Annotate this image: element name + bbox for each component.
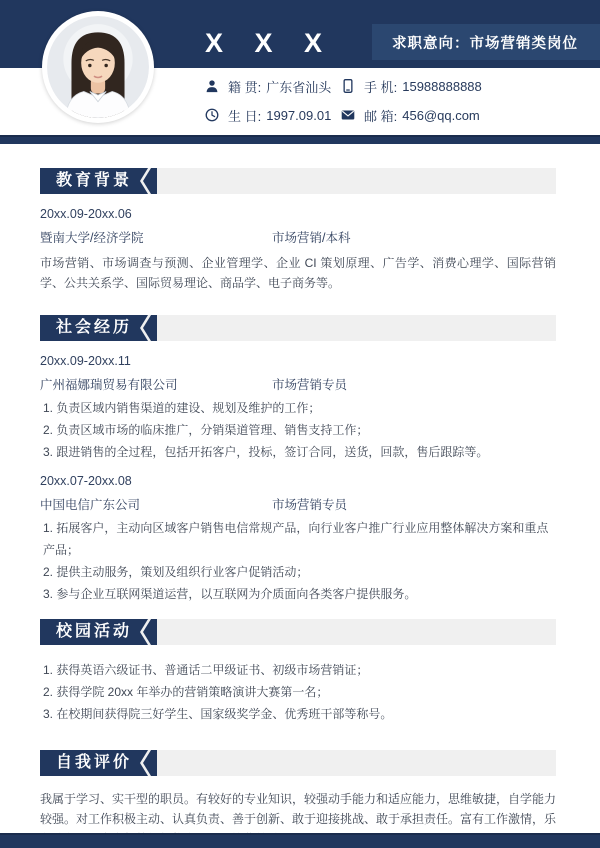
activity-item: 2. 获得学院 20xx 年举办的营销策略演讲大赛第一名； bbox=[43, 681, 556, 703]
section-header-campus: 校园活动 bbox=[40, 619, 556, 645]
section-header-experience: 社会经历 bbox=[40, 315, 556, 341]
job-period: 20xx.09-20xx.11 bbox=[40, 354, 556, 368]
avatar-photo bbox=[47, 16, 149, 118]
contact-value: 456@qq.com bbox=[402, 108, 480, 123]
avatar bbox=[42, 11, 154, 123]
contact-phone: 手 机: 15988888888 bbox=[341, 76, 585, 96]
job-role: 市场营销专员 bbox=[272, 375, 347, 393]
company-name: 中国电信广东公司 bbox=[40, 498, 140, 512]
section-header-self-evaluation: 自我评价 bbox=[40, 750, 556, 776]
job-period: 20xx.07-20xx.08 bbox=[40, 474, 556, 488]
contact-value: 15988888888 bbox=[402, 79, 482, 94]
job-company-row: 广州福娜瑞贸易有限公司 市场营销专员 bbox=[40, 375, 556, 392]
contact-value: 1997.09.01 bbox=[266, 108, 331, 123]
section-title: 社会经历 bbox=[40, 315, 148, 341]
candidate-name: X X X bbox=[205, 28, 323, 59]
resume-page: { "header": { "name": "X X X", "job_inte… bbox=[0, 0, 600, 848]
clock-icon bbox=[205, 108, 219, 122]
education-period: 20xx.09-20xx.06 bbox=[40, 207, 556, 221]
major-degree: 市场营销/本科 bbox=[272, 228, 350, 246]
contact-label: 生 日: bbox=[228, 106, 261, 125]
education-school-row: 暨南大学/经济学院 市场营销/本科 bbox=[40, 228, 556, 245]
job-duties-list: 1. 拓展客户，主动向区域客户销售电信常规产品，向行业客户推广行业应用整体解决方… bbox=[43, 517, 556, 605]
section-header-education: 教育背景 bbox=[40, 168, 556, 194]
footer-bar bbox=[0, 833, 600, 848]
job-intent-badge: 求职意向：市场营销类岗位 bbox=[372, 24, 600, 60]
duty-item: 2. 提供主动服务，策划及组织行业客户促销活动； bbox=[43, 561, 556, 583]
header-divider-bar bbox=[0, 135, 600, 144]
person-icon bbox=[205, 79, 219, 93]
mail-icon bbox=[341, 108, 355, 122]
section-ribbon: 自我评价 bbox=[40, 750, 157, 776]
section-title: 教育背景 bbox=[40, 168, 148, 194]
section-ribbon: 社会经历 bbox=[40, 315, 157, 341]
duty-item: 1. 负责区域内销售渠道的建设、规划及维护的工作； bbox=[43, 397, 556, 419]
activity-item: 1. 获得英语六级证书、普通话二甲级证书、初级市场营销证； bbox=[43, 659, 556, 681]
section-title: 自我评价 bbox=[40, 750, 148, 776]
contact-label: 手 机: bbox=[364, 77, 397, 96]
job-company-row: 中国电信广东公司 市场营销专员 bbox=[40, 495, 556, 512]
contact-grid: 籍 贯: 广东省汕头 手 机: 15988888888 生 日: 1997.09… bbox=[205, 76, 585, 125]
section-ribbon: 教育背景 bbox=[40, 168, 157, 194]
education-courses: 市场营销、市场调查与预测、企业管理学、企业 CI 策划原理、广告学、消费心理学、… bbox=[40, 253, 556, 293]
duty-item: 3. 参与企业互联网渠道运营，以互联网为介质面向各类客户提供服务。 bbox=[43, 583, 556, 605]
contact-hometown: 籍 贯: 广东省汕头 bbox=[205, 76, 341, 96]
school-name: 暨南大学/经济学院 bbox=[40, 231, 143, 245]
job-duties-list: 1. 负责区域内销售渠道的建设、规划及维护的工作； 2. 负责区域市场的临床推广… bbox=[43, 397, 556, 463]
duty-item: 2. 负责区域市场的临床推广，分销渠道管理、销售支持工作； bbox=[43, 419, 556, 441]
section-title: 校园活动 bbox=[40, 619, 148, 645]
contact-email: 邮 箱: 456@qq.com bbox=[341, 105, 585, 125]
section-ribbon: 校园活动 bbox=[40, 619, 157, 645]
duty-item: 3. 跟进销售的全过程，包括开拓客户，投标，签订合同，送货，回款，售后跟踪等。 bbox=[43, 441, 556, 463]
company-name: 广州福娜瑞贸易有限公司 bbox=[40, 378, 178, 392]
duty-item: 1. 拓展客户，主动向区域客户销售电信常规产品，向行业客户推广行业应用整体解决方… bbox=[43, 517, 556, 561]
activity-item: 3. 在校期间获得院三好学生、国家级奖学金、优秀班干部等称号。 bbox=[43, 703, 556, 725]
contact-birthday: 生 日: 1997.09.01 bbox=[205, 105, 341, 125]
contact-label: 籍 贯: bbox=[228, 77, 261, 96]
contact-label: 邮 箱: bbox=[364, 106, 397, 125]
contact-value: 广东省汕头 bbox=[266, 77, 331, 96]
resume-body: 教育背景 20xx.09-20xx.06 暨南大学/经济学院 市场营销/本科 市… bbox=[0, 144, 600, 848]
campus-activities-list: 1. 获得英语六级证书、普通话二甲级证书、初级市场营销证； 2. 获得学院 20… bbox=[43, 659, 556, 725]
job-intent-text: 求职意向：市场营销类岗位 bbox=[392, 32, 578, 53]
phone-icon bbox=[341, 79, 355, 93]
job-role: 市场营销专员 bbox=[272, 495, 347, 513]
